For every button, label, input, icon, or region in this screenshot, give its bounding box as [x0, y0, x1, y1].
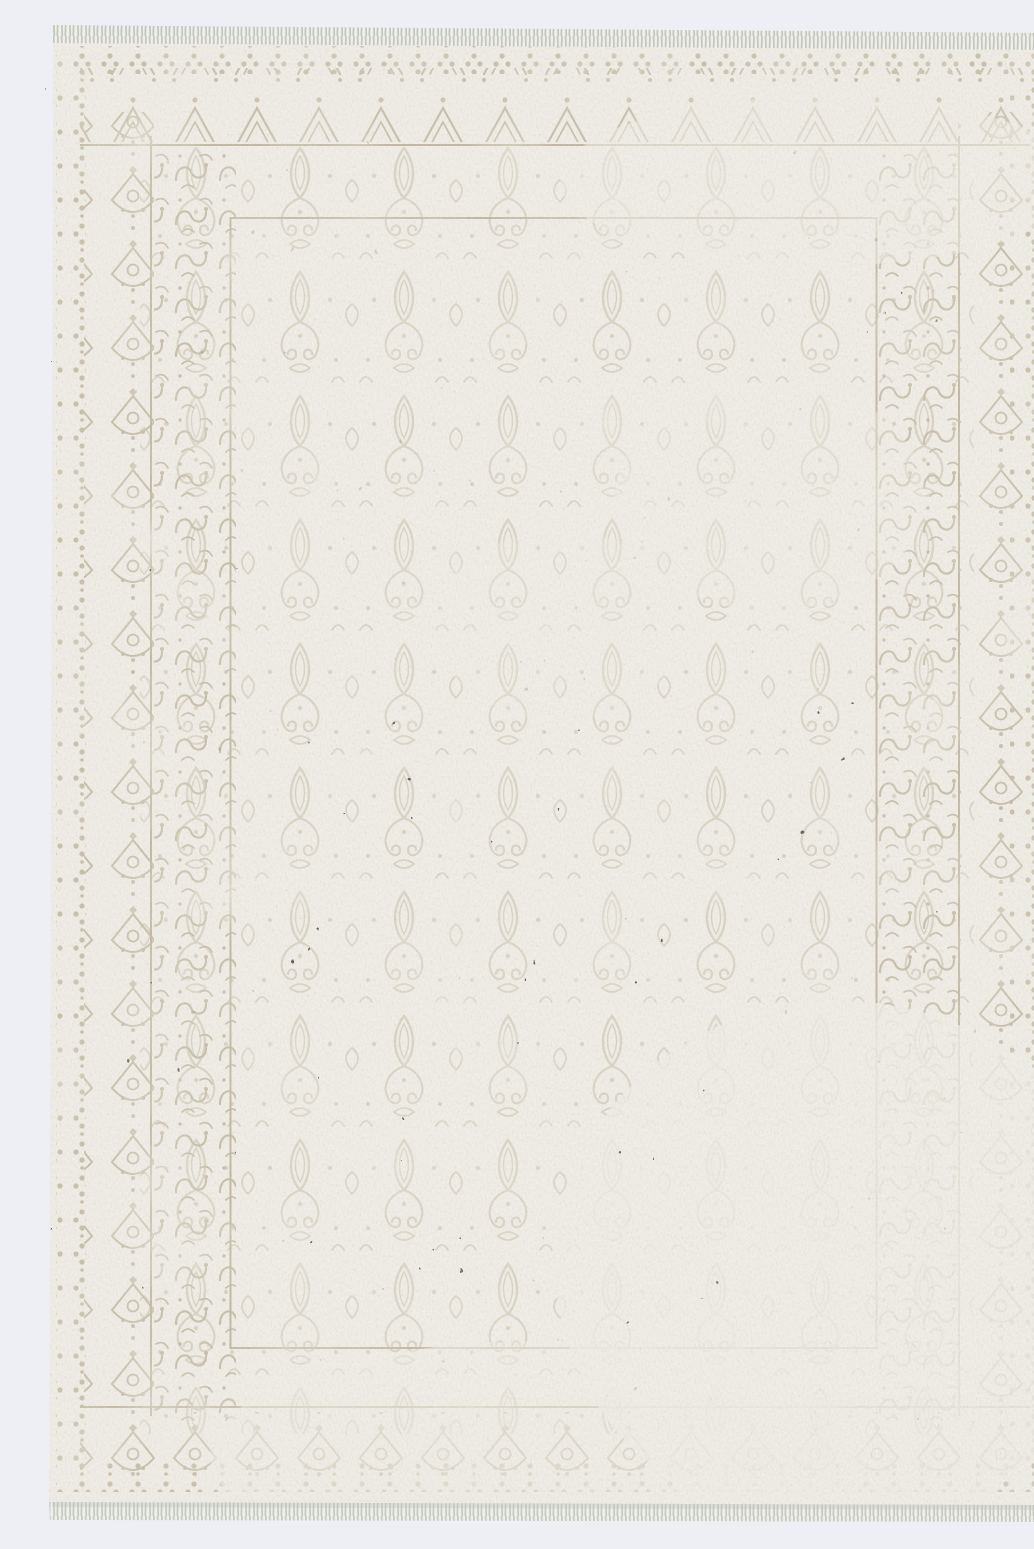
left-selvedge-edge — [45, 46, 55, 1502]
rug-photo-svg — [40, 16, 1034, 1533]
rug-product-photo: Distressed vintage-style damask area rug… — [40, 16, 1034, 1533]
fabric-grain-texture — [40, 34, 1034, 1516]
rug-body — [40, 34, 1034, 1516]
